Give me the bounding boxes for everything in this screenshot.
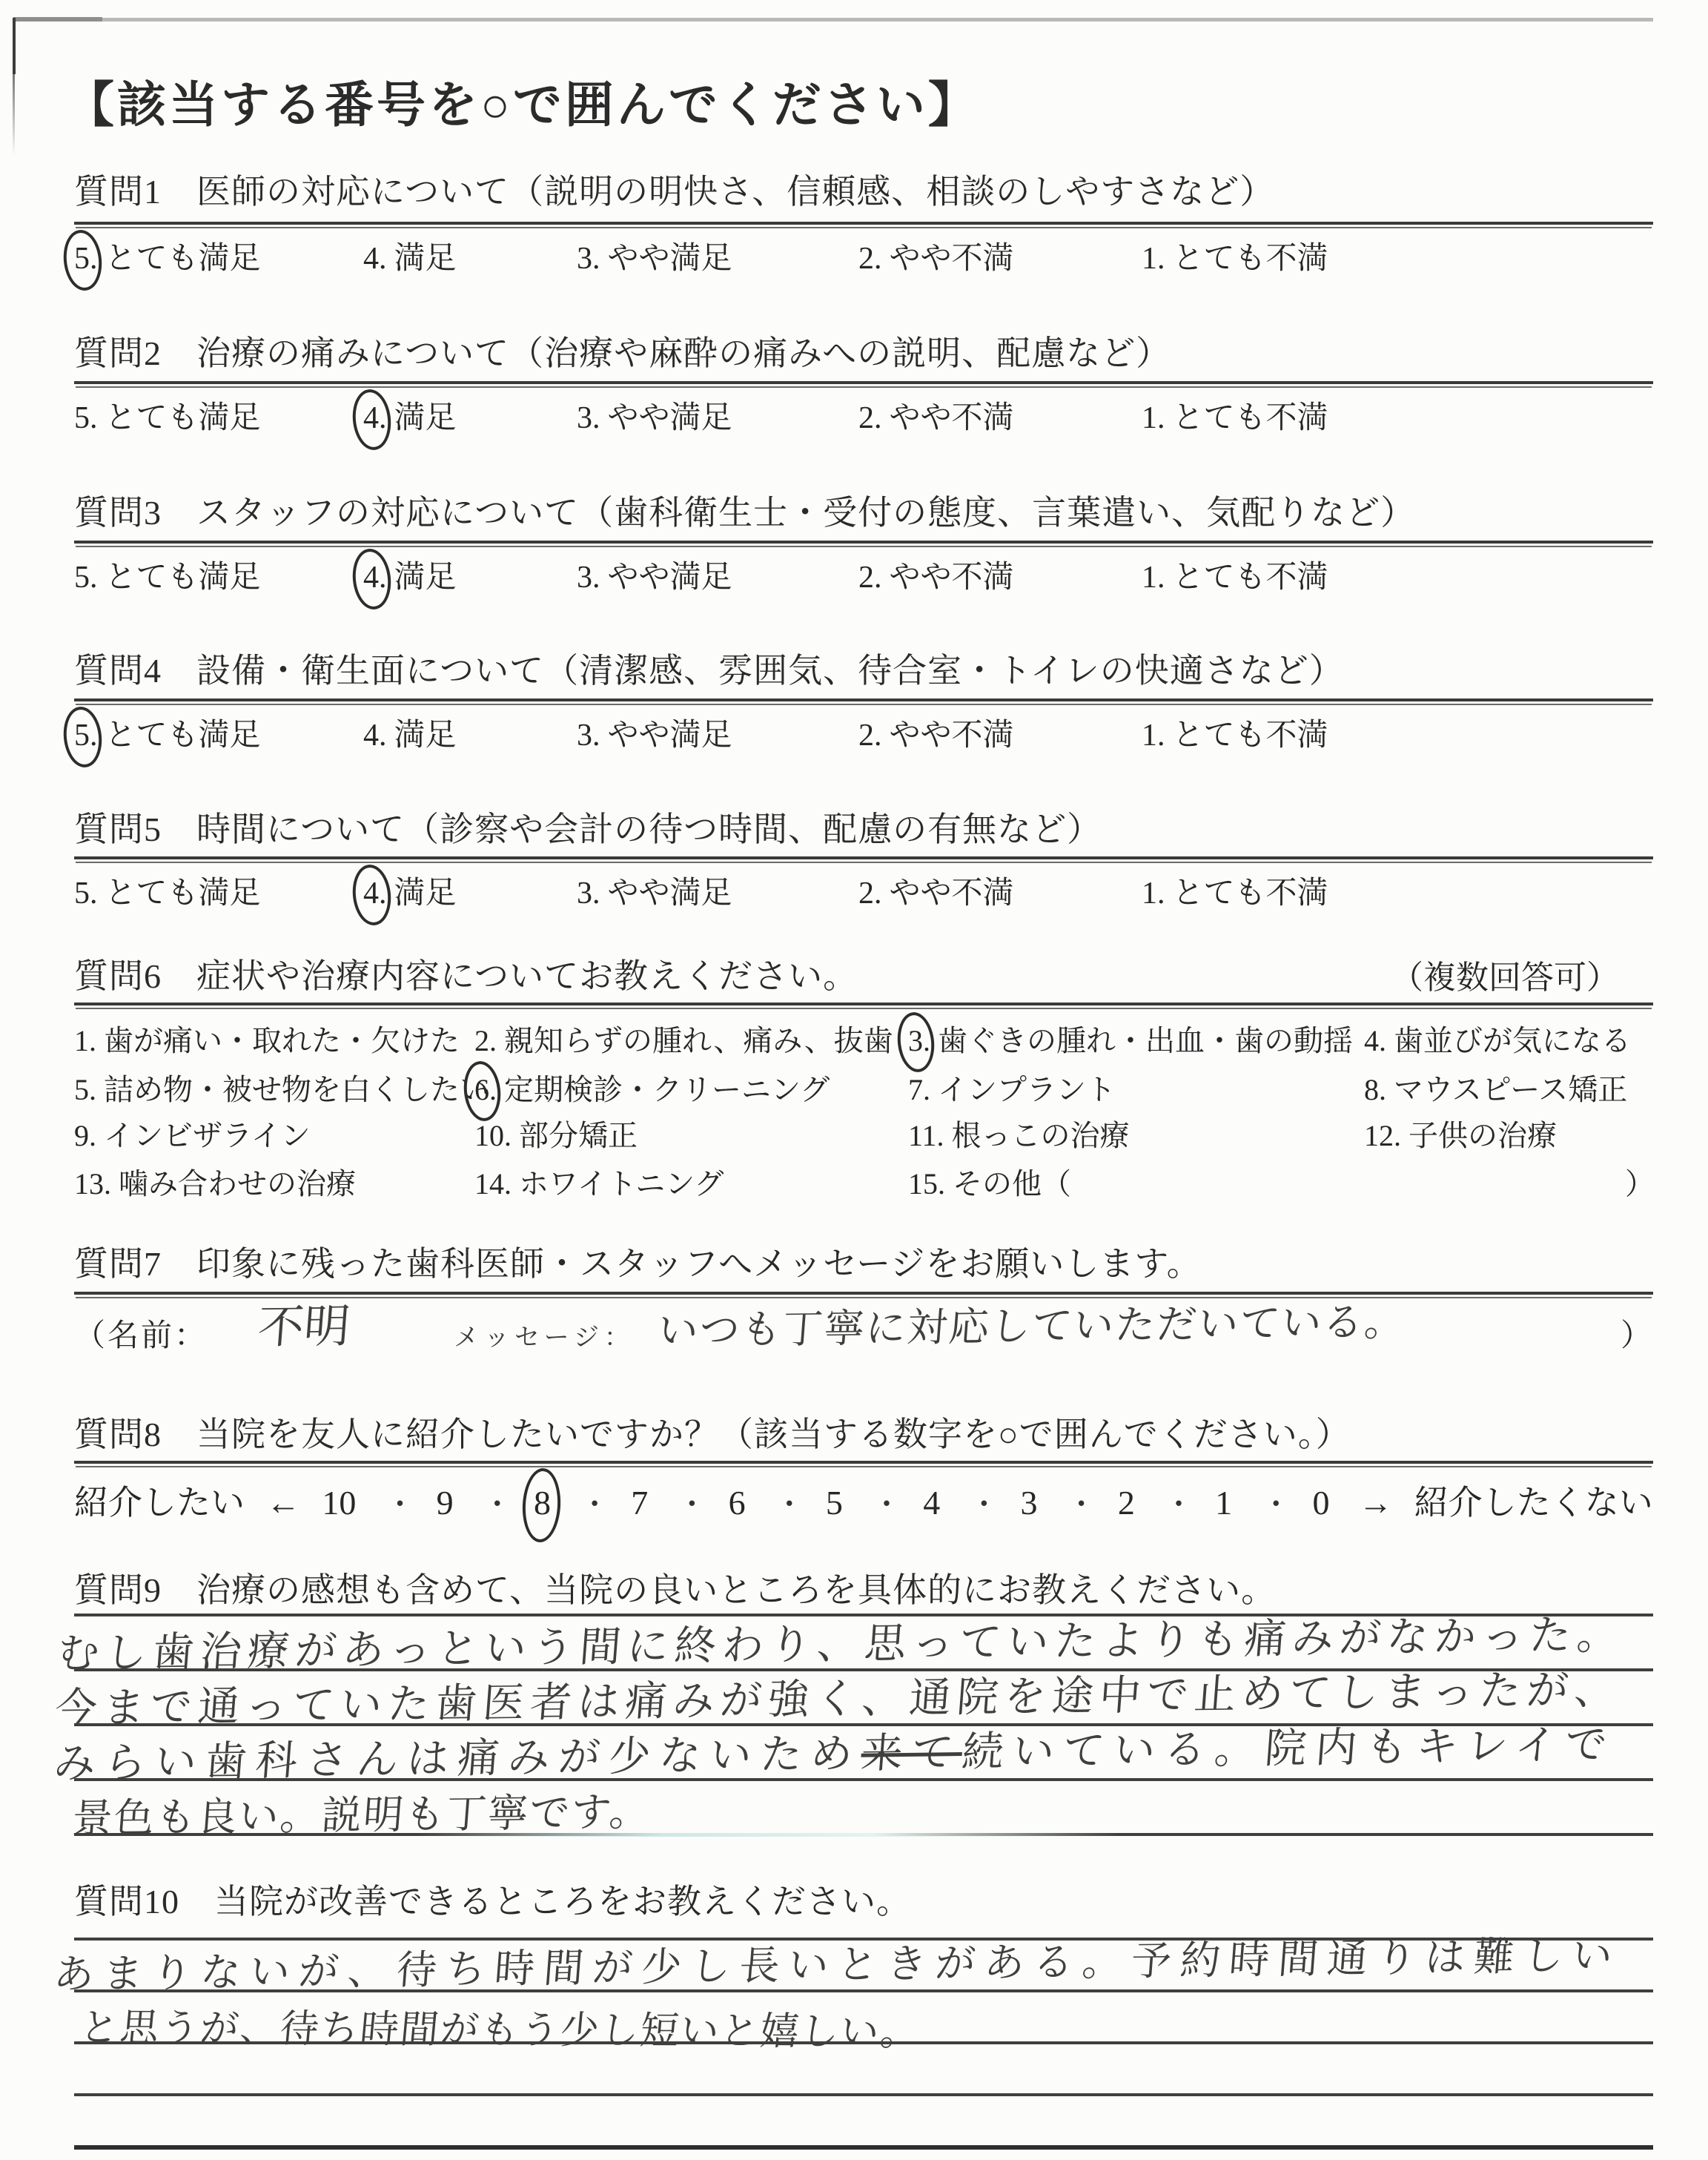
dot-separator: ・ [1261, 1481, 1291, 1523]
divider [74, 381, 1653, 384]
divider [74, 1003, 1653, 1005]
q5-option-5-label: とても満足 [105, 876, 261, 911]
q6-multiple-answers-note: （複数回答可） [1391, 951, 1619, 998]
scanned-survey-form: 【該当する番号を○で囲んでください】 質問1 医師の対応について（説明の明快さ、… [0, 0, 1708, 2160]
q6-item-8: 8.マウスピース矯正 [1364, 1066, 1627, 1109]
q4-option-3-number: 3. [577, 718, 600, 753]
q8-number-7: 7 [631, 1483, 648, 1522]
q8-number-4: 4 [923, 1483, 940, 1522]
q2-option-3-label: やや満足 [608, 401, 732, 435]
q6-item-4: 4.歯並びが気になる [1364, 1017, 1631, 1060]
q5-option-4: 4.満足 [363, 868, 457, 913]
q8-recommend-scale: 紹介したい ← 10・ 9・ 8・ 7・ 6・ 5・ 4・ 3・ 2・ 1・ 0… [74, 1476, 1653, 1525]
question-4-title: 質問4 設備・衛生面について（清潔感、雰囲気、待合室・トイレの快適さなど） [74, 644, 1344, 693]
q6-item-5: 5.詰め物・被せ物を白くしたい [74, 1066, 489, 1109]
q7-message-label: メッセージ： [454, 1317, 635, 1353]
q6-item-2-number: 2. [474, 1023, 497, 1058]
q5-option-3: 3.やや満足 [577, 868, 732, 913]
divider [74, 856, 1653, 859]
question-5-title: 質問5 時間について（診察や会計の待つ時間、配慮の有無など） [74, 802, 1102, 851]
q3-option-5-label: とても満足 [105, 561, 261, 595]
left-arrow-icon: ← [266, 1483, 300, 1522]
q8-number-2: 2 [1118, 1483, 1135, 1522]
q6-item-6-label: 定期検診・クリーニング [504, 1073, 830, 1106]
q8-number-5: 5 [826, 1483, 843, 1522]
scan-top-edge-line [15, 18, 1653, 22]
q5-option-1: 1.とても不満 [1142, 868, 1328, 913]
q3-option-3: 3.やや満足 [577, 552, 732, 597]
q1-option-2-label: やや不満 [890, 242, 1014, 276]
q6-item-8-number: 8. [1364, 1072, 1386, 1107]
q8-right-label: 紹介したくない [1414, 1476, 1653, 1525]
q3-option-3-number: 3. [577, 560, 600, 595]
q2-option-5-number: 5. [74, 400, 98, 436]
q2-option-3: 3.やや満足 [577, 393, 732, 437]
q1-option-5-label: とても満足 [105, 242, 261, 276]
q7-name-label: （名前： [74, 1311, 208, 1355]
q7-message-handwritten: いつも丁寧に対応していただいている。 [656, 1290, 1409, 1356]
q3-option-2-number: 2. [858, 560, 882, 595]
q5-option-3-label: やや満足 [608, 876, 732, 911]
dot-separator: ・ [483, 1481, 512, 1523]
q6-item-12: 12.子供の治療 [1364, 1112, 1557, 1155]
q1-option-1-number: 1. [1142, 241, 1165, 277]
q6-item-14-number: 14. [474, 1166, 512, 1201]
q5-option-5: 5.とても満足 [74, 868, 261, 913]
q5-option-2-number: 2. [858, 876, 882, 911]
q4-option-1-label: とても不満 [1173, 719, 1328, 753]
scan-left-edge-mark [13, 18, 16, 74]
question-3-title: 質問3 スタッフの対応について（歯科衛生士・受付の態度、言葉遣い、気配りなど） [74, 486, 1415, 535]
q7-close-paren: ） [1621, 1311, 1654, 1355]
q6-item-15-label: その他（ [953, 1167, 1071, 1200]
question-10-title: 質問10 当院が改善できるところをお教えください。 [74, 1875, 911, 1923]
q3-option-1-label: とても不満 [1173, 561, 1328, 595]
question-6-title: 質問6 症状や治療内容についてお教えください。 [74, 949, 858, 998]
q8-number-9: 9 [437, 1483, 454, 1522]
q6-item-13-label: 噛み合わせの治療 [119, 1167, 356, 1200]
q9-line-3-text: みらい歯科さんは痛みが少ないため [52, 1730, 863, 1788]
divider [74, 541, 1653, 544]
q6-item-4-number: 4. [1364, 1023, 1386, 1058]
q1-option-1-label: とても不満 [1173, 242, 1328, 276]
q8-number-10: 10 [322, 1483, 356, 1522]
q2-option-4-label: 満足 [394, 401, 457, 435]
divider [74, 222, 1653, 225]
q3-option-1-number: 1. [1142, 560, 1165, 595]
q2-option-2-number: 2. [858, 400, 882, 436]
q5-option-1-label: とても不満 [1173, 876, 1328, 911]
q6-item-14-label: ホワイトニング [519, 1167, 724, 1200]
q6-item-1-label: 歯が痛い・取れた・欠けた [104, 1024, 460, 1057]
answer-line [74, 2093, 1653, 2096]
q9-line-3-text: 続いている。院内もキレイで [960, 1720, 1617, 1777]
q6-item-5-number: 5. [74, 1072, 96, 1107]
q6-item-10-label: 部分矯正 [519, 1119, 638, 1152]
q6-item-15-number: 15. [908, 1166, 945, 1201]
q6-item-3-number: 3. [908, 1023, 930, 1058]
q6-item-12-label: 子供の治療 [1409, 1119, 1557, 1152]
q5-option-5-number: 5. [74, 876, 98, 911]
q6-item-13: 13.噛み合わせの治療 [74, 1160, 356, 1203]
q1-option-1: 1.とても不満 [1142, 234, 1328, 278]
q8-number-1: 1 [1215, 1483, 1232, 1522]
q6-item-4-label: 歯並びが気になる [1394, 1024, 1631, 1057]
q8-number-8: 8 [534, 1483, 551, 1522]
q3-option-3-label: やや満足 [608, 561, 732, 595]
divider [74, 1461, 1653, 1464]
q4-option-3-label: やや満足 [608, 719, 732, 753]
q6-other-close-paren: ） [1625, 1160, 1655, 1203]
q2-option-5-label: とても満足 [105, 401, 261, 435]
scan-left-edge-fade [13, 74, 15, 156]
q8-left-label: 紹介したい [74, 1476, 245, 1525]
q6-item-9-label: インビザライン [104, 1119, 311, 1152]
q6-item-10: 10.部分矯正 [474, 1112, 638, 1155]
q5-option-2: 2.やや不満 [858, 868, 1014, 913]
q3-option-2: 2.やや不満 [858, 552, 1014, 597]
answer-line [74, 2145, 1653, 2150]
q1-option-2-number: 2. [858, 241, 882, 277]
dot-separator: ・ [1067, 1481, 1096, 1523]
q6-item-7-number: 7. [908, 1072, 930, 1107]
q4-option-4-label: 満足 [394, 719, 457, 753]
q6-item-11: 11.根っこの治療 [908, 1112, 1130, 1155]
dot-separator: ・ [677, 1481, 706, 1523]
q6-item-10-number: 10. [474, 1118, 512, 1153]
q6-item-3: 3.歯ぐきの腫れ・出血・歯の動揺 [908, 1017, 1353, 1060]
q1-option-4: 4.満足 [363, 234, 457, 278]
q1-option-5: 5.とても満足 [74, 234, 261, 278]
question-2-title: 質問2 治療の痛みについて（治療や麻酔の痛みへの説明、配慮など） [74, 326, 1171, 375]
q8-number-0: 0 [1312, 1483, 1329, 1522]
q6-item-9-number: 9. [74, 1118, 96, 1153]
q8-number-6: 6 [729, 1483, 746, 1522]
question-9-title: 質問9 治療の感想も含めて、当院の良いところを具体的にお教えください。 [74, 1563, 1276, 1612]
q1-option-3-label: やや満足 [608, 242, 732, 276]
q4-option-2-number: 2. [858, 718, 882, 753]
q6-item-14: 14.ホワイトニング [474, 1160, 724, 1203]
q6-item-7-label: インプラント [938, 1073, 1116, 1106]
q5-option-4-number: 4. [363, 876, 387, 911]
form-title: 【該当する番号を○で囲んでください】 [65, 65, 980, 136]
q4-option-2-label: やや不満 [890, 719, 1014, 753]
q4-option-4-number: 4. [363, 718, 387, 753]
q3-option-4: 4.満足 [363, 552, 457, 597]
q5-option-1-number: 1. [1142, 876, 1165, 911]
q4-option-1: 1.とても不満 [1142, 710, 1328, 755]
q6-item-2: 2.親知らずの腫れ、痛み、抜歯 [474, 1017, 893, 1060]
q3-option-5: 5.とても満足 [74, 552, 261, 597]
q4-option-4: 4.満足 [363, 710, 457, 755]
q6-item-1-number: 1. [74, 1023, 96, 1058]
dot-separator: ・ [385, 1481, 414, 1523]
q2-option-4-number: 4. [363, 400, 387, 436]
q6-item-11-number: 11. [908, 1118, 944, 1153]
q4-option-5-label: とても満足 [105, 719, 261, 753]
q3-option-5-number: 5. [74, 560, 98, 595]
scan-top-edge-dark [13, 17, 102, 22]
q2-option-1-label: とても不満 [1173, 401, 1328, 435]
q2-option-2-label: やや不満 [890, 401, 1014, 435]
q3-option-1: 1.とても不満 [1142, 552, 1328, 597]
q6-item-3-label: 歯ぐきの腫れ・出血・歯の動揺 [938, 1024, 1353, 1057]
q4-option-1-number: 1. [1142, 718, 1165, 753]
q2-option-2: 2.やや不満 [858, 393, 1014, 437]
q1-option-5-number: 5. [74, 241, 98, 277]
q6-item-13-number: 13. [74, 1166, 111, 1201]
q2-option-1: 1.とても不満 [1142, 393, 1328, 437]
dot-separator: ・ [872, 1481, 901, 1523]
q9-line-3-crossed-out: 来て [859, 1728, 964, 1778]
question-7-title: 質問7 印象に残った歯科医師・スタッフへメッセージをお願いします。 [74, 1237, 1202, 1286]
q10-handwritten-line-1: あまりないが、待ち時間が少し長いときがある。予約時間通りは難しい [52, 1923, 1623, 2000]
q5-option-3-number: 3. [577, 876, 600, 911]
q6-item-2-label: 親知らずの腫れ、痛み、抜歯 [504, 1024, 893, 1057]
q4-option-2: 2.やや不満 [858, 710, 1014, 755]
dot-separator: ・ [969, 1481, 999, 1523]
q7-name-handwritten: 不明 [256, 1289, 353, 1356]
q6-item-8-label: マウスピース矯正 [1394, 1073, 1627, 1106]
q6-item-9: 9.インビザライン [74, 1112, 311, 1155]
q6-item-11-label: 根っこの治療 [952, 1119, 1130, 1152]
question-8-title: 質問8 当院を友人に紹介したいですか？（該当する数字を○で囲んでください。） [74, 1407, 1351, 1456]
q6-item-6-number: 6. [474, 1072, 497, 1107]
question-1-title: 質問1 医師の対応について（説明の明快さ、信頼感、相談のしやすさなど） [74, 165, 1274, 214]
q1-option-4-label: 満足 [394, 242, 457, 276]
q1-option-4-number: 4. [363, 241, 387, 277]
q4-option-3: 3.やや満足 [577, 710, 732, 755]
q3-option-4-label: 満足 [394, 561, 457, 595]
q9-handwritten-line-4: 景色も良い。説明も丁寧です。 [70, 1780, 653, 1844]
right-arrow-icon: → [1359, 1483, 1393, 1522]
q1-option-2: 2.やや不満 [858, 234, 1014, 278]
dot-separator: ・ [775, 1481, 804, 1523]
q10-handwritten-line-2: と思うが、待ち時間がもう少し短いと嬉しい。 [78, 1996, 923, 2056]
q2-option-3-number: 3. [577, 400, 600, 436]
q3-option-4-number: 4. [363, 560, 387, 595]
q2-option-1-number: 1. [1142, 400, 1165, 436]
q6-item-6: 6.定期検診・クリーニング [474, 1066, 830, 1109]
q6-item-1: 1.歯が痛い・取れた・欠けた [74, 1017, 460, 1060]
q6-item-7: 7.インプラント [908, 1066, 1116, 1109]
q3-option-2-label: やや不満 [890, 561, 1014, 595]
q5-option-4-label: 満足 [394, 876, 457, 911]
divider [74, 698, 1653, 701]
q1-option-3: 3.やや満足 [577, 234, 732, 278]
q4-option-5: 5.とても満足 [74, 710, 261, 755]
q4-option-5-number: 5. [74, 718, 98, 753]
dot-separator: ・ [1164, 1481, 1194, 1523]
q6-item-5-label: 詰め物・被せ物を白くしたい [104, 1073, 489, 1106]
q1-option-3-number: 3. [577, 241, 600, 277]
q2-option-5: 5.とても満足 [74, 393, 261, 437]
dot-separator: ・ [580, 1481, 609, 1523]
q6-item-12-number: 12. [1364, 1118, 1401, 1153]
q5-option-2-label: やや不満 [890, 876, 1014, 911]
q8-number-3: 3 [1021, 1483, 1038, 1522]
q2-option-4: 4.満足 [363, 393, 457, 437]
q6-item-15: 15.その他（ [908, 1160, 1071, 1203]
